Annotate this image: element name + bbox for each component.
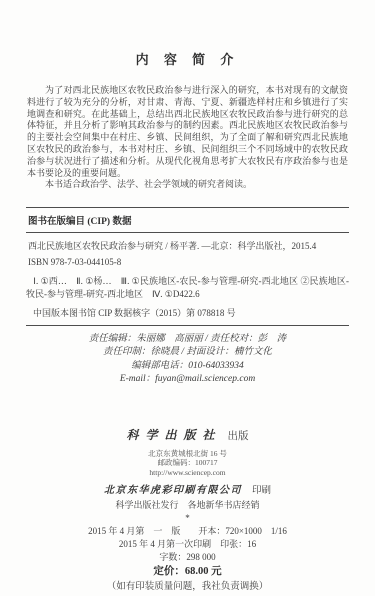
cip-title-line: 西北民族地区农牧民政治参与研究 / 杨平著. —北京：科学出版社，2015.4 (26, 240, 349, 253)
price-line: 定价：68.00 元 (0, 565, 375, 579)
cip-data-block: 图书在版编目 (CIP) 数据 西北民族地区农牧民政治参与研究 / 杨平著. —… (26, 207, 349, 326)
press-address: 北京东黄城根北街 16 号 (0, 449, 375, 459)
intro-paragraph-1: 为了对西北民族地区农牧民政治参与进行深入的研究，本书对现有的文献资料进行了较为充… (27, 85, 348, 179)
staff-phone-line: 编辑部电话：010-64033934 (0, 360, 375, 374)
edition-block: 2015 年 4 月第 一 版 开本：720×1000 1/16 2015 年 … (0, 525, 375, 594)
press-postcode: 邮政编码：100717 (0, 458, 375, 468)
edition-line-2: 2015 年 4 月第一次印刷 印张：16 (0, 538, 375, 551)
press-line: 科学出版社 出版 (0, 427, 375, 444)
cip-rule-bottom (26, 325, 349, 326)
printer-line: 北京东华虎彩印刷有限公司 印刷 (0, 482, 375, 498)
distribution-line: 科学出版社发行 各地新华书店经销 (0, 499, 375, 512)
staff-editors-line: 责任编辑：朱丽娜 高丽丽 / 责任校对：彭 涛 (0, 333, 375, 347)
press-publish-label: 出版 (228, 431, 249, 442)
edition-line-1: 2015 年 4 月第 一 版 开本：720×1000 1/16 (0, 525, 375, 538)
printer-name: 北京东华虎彩印刷有限公司 (104, 485, 242, 496)
cip-header: 图书在版编目 (CIP) 数据 (26, 208, 349, 232)
quality-note-line: （如有印装质量问题，我社负责调换） (0, 580, 375, 594)
word-count-line: 字数：298 000 (0, 551, 375, 564)
cip-classification: Ⅰ. ①西… Ⅱ. ①杨… Ⅲ. ①民族地区-农民-参与管理-研究-西北地区 ②… (26, 275, 349, 300)
intro-paragraph-2: 本书适合政治学、法学、社会学领域的研究者阅读。 (27, 179, 348, 191)
cip-record-number: 中国版本图书馆 CIP 数据核字（2015）第 078818 号 (26, 307, 349, 320)
content-summary-title: 内 容 简 介 (0, 52, 375, 68)
cip-rule-middle (26, 232, 349, 233)
star-divider: * (0, 514, 375, 523)
staff-credits-block: 责任编辑：朱丽娜 高丽丽 / 责任校对：彭 涛 责任印制：徐晓晨 / 封面设计：… (0, 333, 375, 387)
printer-label: 印刷 (252, 486, 271, 496)
book-copyright-page: 内 容 简 介 为了对西北民族地区农牧民政治参与进行深入的研究，本书对现有的文献… (0, 0, 375, 596)
cip-isbn: ISBN 978-7-03-044105-8 (26, 256, 349, 269)
press-website: http://www.sciencep.com (0, 468, 375, 478)
staff-printing-line: 责任印制：徐晓晨 / 封面设计：楠竹文化 (0, 346, 375, 360)
press-name: 科学出版社 (126, 428, 221, 442)
publisher-block: 科学出版社 出版 北京东黄城根北街 16 号 邮政编码：100717 http:… (0, 427, 375, 523)
staff-email-line: E-mail：fuyan@mail.sciencep.com (0, 373, 375, 387)
